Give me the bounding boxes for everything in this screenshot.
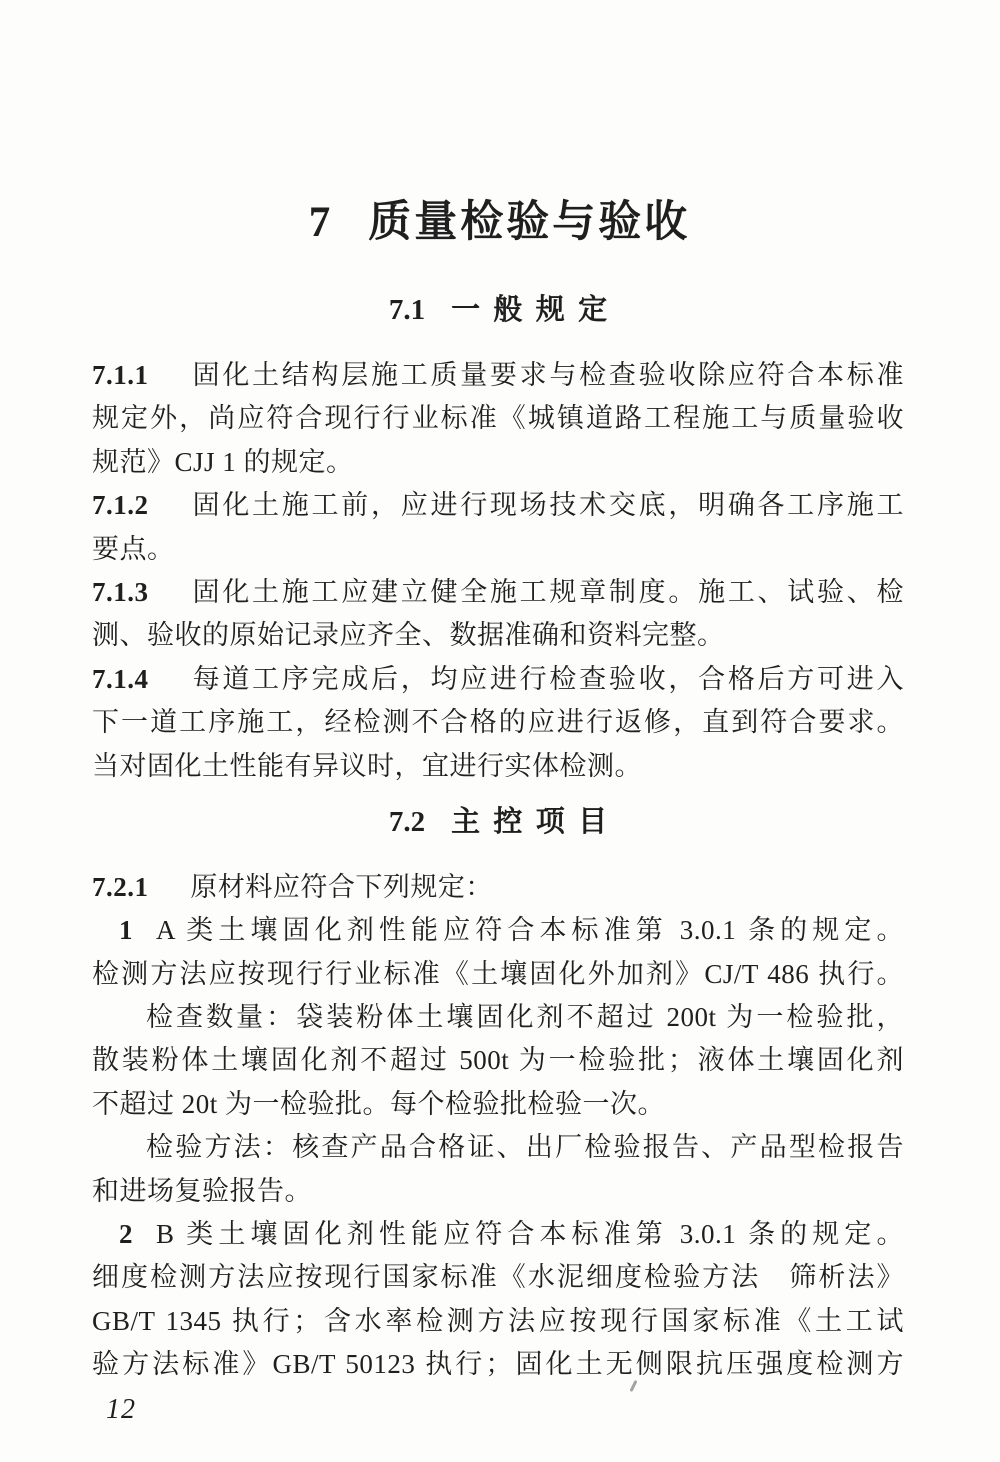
item2-line3: GB/T 1345 执行；含水率检测方法应按现行国家标准《土工试 — [92, 1300, 904, 1343]
clause-text: 规定外，尚应符合现行行业标准《城镇道路工程施工与质量验收 — [92, 403, 904, 433]
clause-711-line3: 规范》CJJ 1 的规定。 — [92, 441, 904, 484]
section-title: 一般规定 — [451, 294, 620, 326]
clause-number: 7.1.4 — [92, 664, 149, 694]
clause-number: 7.1.3 — [92, 577, 149, 607]
document-page: 7 质量检验与验收 7.1 一般规定 7.1.1固化土结构层施工质量要求与检查验… — [0, 0, 1000, 1462]
section-heading-7-1: 7.1 一般规定 — [92, 294, 904, 326]
check-quantity-line1: 检查数量：袋装粉体土壤固化剂不超过 200t 为一检验批， — [92, 996, 904, 1039]
clause-712-line1: 7.1.2固化土施工前，应进行现场技术交底，明确各工序施工 — [92, 484, 904, 527]
paragraph-text: 和进场复验报告。 — [92, 1176, 312, 1206]
check-quantity-line2: 散装粉体土壤固化剂不超过 500t 为一检验批；液体土壤固化剂 — [92, 1039, 904, 1082]
item-text: 检测方法应按现行行业标准《土壤固化外加剂》CJ/T 486 执行。 — [92, 959, 904, 989]
clause-714-line3: 当对固化土性能有异议时，宜进行实体检测。 — [92, 745, 904, 788]
item-text: A 类土壤固化剂性能应符合本标准第 3.0.1 条的规定。 — [156, 915, 904, 945]
item2-line1: 2B 类土壤固化剂性能应符合本标准第 3.0.1 条的规定。 — [92, 1213, 904, 1256]
item1-line2: 检测方法应按现行行业标准《土壤固化外加剂》CJ/T 486 执行。 — [92, 953, 904, 996]
clause-713-line2: 测、验收的原始记录应齐全、数据准确和资料完整。 — [92, 614, 904, 657]
clause-number: 7.1.2 — [92, 490, 149, 520]
clause-text: 固化土施工前，应进行现场技术交底，明确各工序施工 — [190, 490, 904, 520]
clause-712-line2: 要点。 — [92, 528, 904, 571]
clause-711-line1: 7.1.1固化土结构层施工质量要求与检查验收除应符合本标准 — [92, 354, 904, 397]
section-number: 7.2 — [389, 806, 425, 838]
clause-text: 规范》CJJ 1 的规定。 — [92, 447, 354, 477]
clause-text: 下一道工序施工，经检测不合格的应进行返修，直到符合要求。 — [92, 707, 904, 737]
check-quantity-line3: 不超过 20t 为一检验批。每个检验批检验一次。 — [92, 1083, 904, 1126]
clause-text: 固化土结构层施工质量要求与检查验收除应符合本标准 — [190, 360, 904, 390]
clause-text: 原材料应符合下列规定： — [190, 872, 493, 902]
item-text: GB/T 1345 执行；含水率检测方法应按现行国家标准《土工试 — [92, 1306, 904, 1336]
item-number: 1 — [119, 915, 133, 945]
item-number: 2 — [119, 1219, 133, 1249]
item2-line2: 细度检测方法应按现行国家标准《水泥细度检验方法 筛析法》 — [92, 1256, 904, 1299]
paragraph-text: 检查数量：袋装粉体土壤固化剂不超过 200t 为一检验批， — [146, 1002, 904, 1032]
clause-714-line1: 7.1.4每道工序完成后，均应进行检查验收，合格后方可进入 — [92, 658, 904, 701]
clause-714-line2: 下一道工序施工，经检测不合格的应进行返修，直到符合要求。 — [92, 701, 904, 744]
section-number: 7.1 — [389, 294, 425, 326]
item1-line1: 1A 类土壤固化剂性能应符合本标准第 3.0.1 条的规定。 — [92, 909, 904, 952]
page-number: 12 — [92, 1393, 904, 1427]
check-method-line1: 检验方法：核查产品合格证、出厂检验报告、产品型检报告 — [92, 1126, 904, 1169]
chapter-title: 7 质量检验与验收 — [92, 0, 904, 250]
clause-number: 7.2.1 — [92, 872, 149, 902]
clause-number: 7.1.1 — [92, 360, 149, 390]
section-title: 主控项目 — [451, 806, 620, 838]
clause-text: 测、验收的原始记录应齐全、数据准确和资料完整。 — [92, 620, 725, 650]
clause-713-line1: 7.1.3固化土施工应建立健全施工规章制度。施工、试验、检 — [92, 571, 904, 614]
clause-711-line2: 规定外，尚应符合现行行业标准《城镇道路工程施工与质量验收 — [92, 397, 904, 440]
clause-721-line1: 7.2.1原材料应符合下列规定： — [92, 866, 904, 909]
section-heading-7-2: 7.2 主控项目 — [92, 806, 904, 838]
clause-text: 每道工序完成后，均应进行检查验收，合格后方可进入 — [190, 664, 904, 694]
clause-text: 固化土施工应建立健全施工规章制度。施工、试验、检 — [190, 577, 904, 607]
item2-line4: 验方法标准》GB/T 50123 执行；固化土无侧限抗压强度检测方 — [92, 1343, 904, 1386]
check-method-line2: 和进场复验报告。 — [92, 1170, 904, 1213]
paragraph-text: 散装粉体土壤固化剂不超过 500t 为一检验批；液体土壤固化剂 — [92, 1045, 904, 1075]
paragraph-text: 检验方法：核查产品合格证、出厂检验报告、产品型检报告 — [146, 1132, 904, 1162]
clause-text: 要点。 — [92, 534, 175, 564]
chapter-number: 7 — [309, 196, 331, 250]
item-text: B 类土壤固化剂性能应符合本标准第 3.0.1 条的规定。 — [156, 1219, 904, 1249]
clause-text: 当对固化土性能有异议时，宜进行实体检测。 — [92, 751, 642, 781]
item-text: 细度检测方法应按现行国家标准《水泥细度检验方法 筛析法》 — [92, 1262, 904, 1292]
chapter-title-text: 质量检验与验收 — [368, 196, 690, 250]
item-text: 验方法标准》GB/T 50123 执行；固化土无侧限抗压强度检测方 — [92, 1349, 904, 1379]
paragraph-text: 不超过 20t 为一检验批。每个检验批检验一次。 — [92, 1089, 665, 1119]
